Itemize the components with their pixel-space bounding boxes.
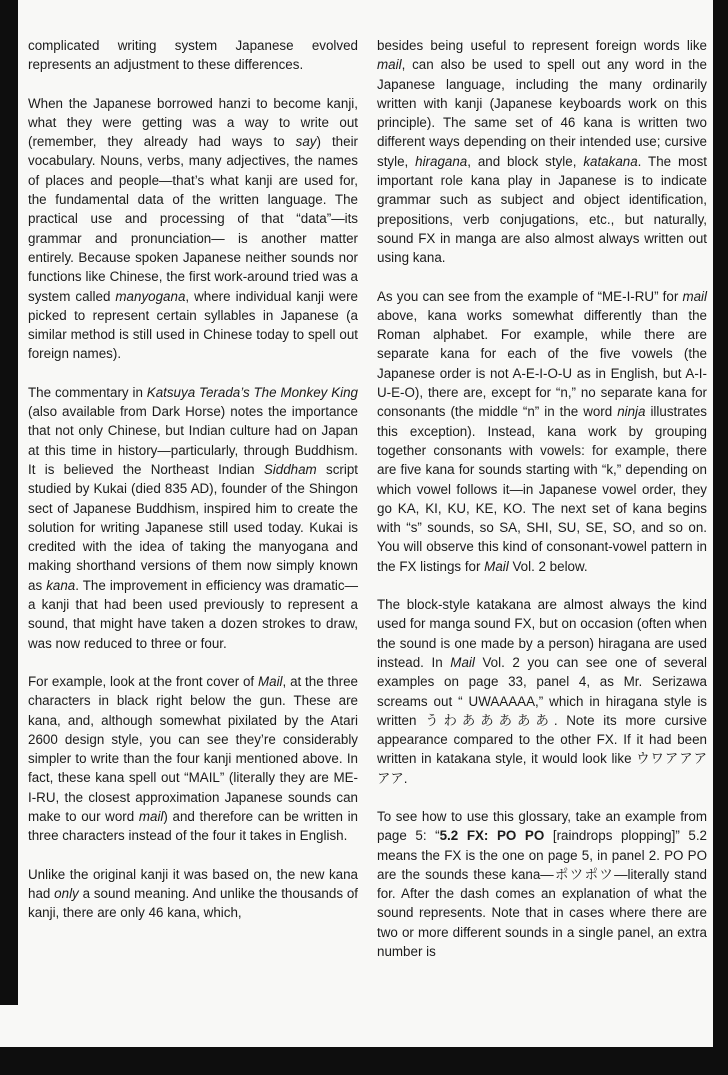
page-border-bottom: [0, 1047, 728, 1075]
paragraph: The commentary in Katsuya Terada’s The M…: [28, 383, 358, 653]
right-column: besides being useful to represent foreig…: [377, 36, 707, 961]
paragraph: Unlike the original kanji it was based o…: [28, 865, 358, 923]
paragraph: As you can see from the example of “ME-I…: [377, 287, 707, 576]
paragraph: To see how to use this glossary, take an…: [377, 807, 707, 961]
paragraph: For example, look at the front cover of …: [28, 672, 358, 846]
page-border-right: [713, 0, 728, 1075]
paragraph: The block-style katakana are almost alwa…: [377, 595, 707, 788]
page-border-left: [0, 0, 18, 1005]
paragraph: complicated writing system Japanese evol…: [28, 36, 358, 75]
paragraph: besides being useful to represent foreig…: [377, 36, 707, 268]
paragraph: When the Japanese borrowed hanzi to beco…: [28, 94, 358, 364]
left-column: complicated writing system Japanese evol…: [28, 36, 358, 922]
